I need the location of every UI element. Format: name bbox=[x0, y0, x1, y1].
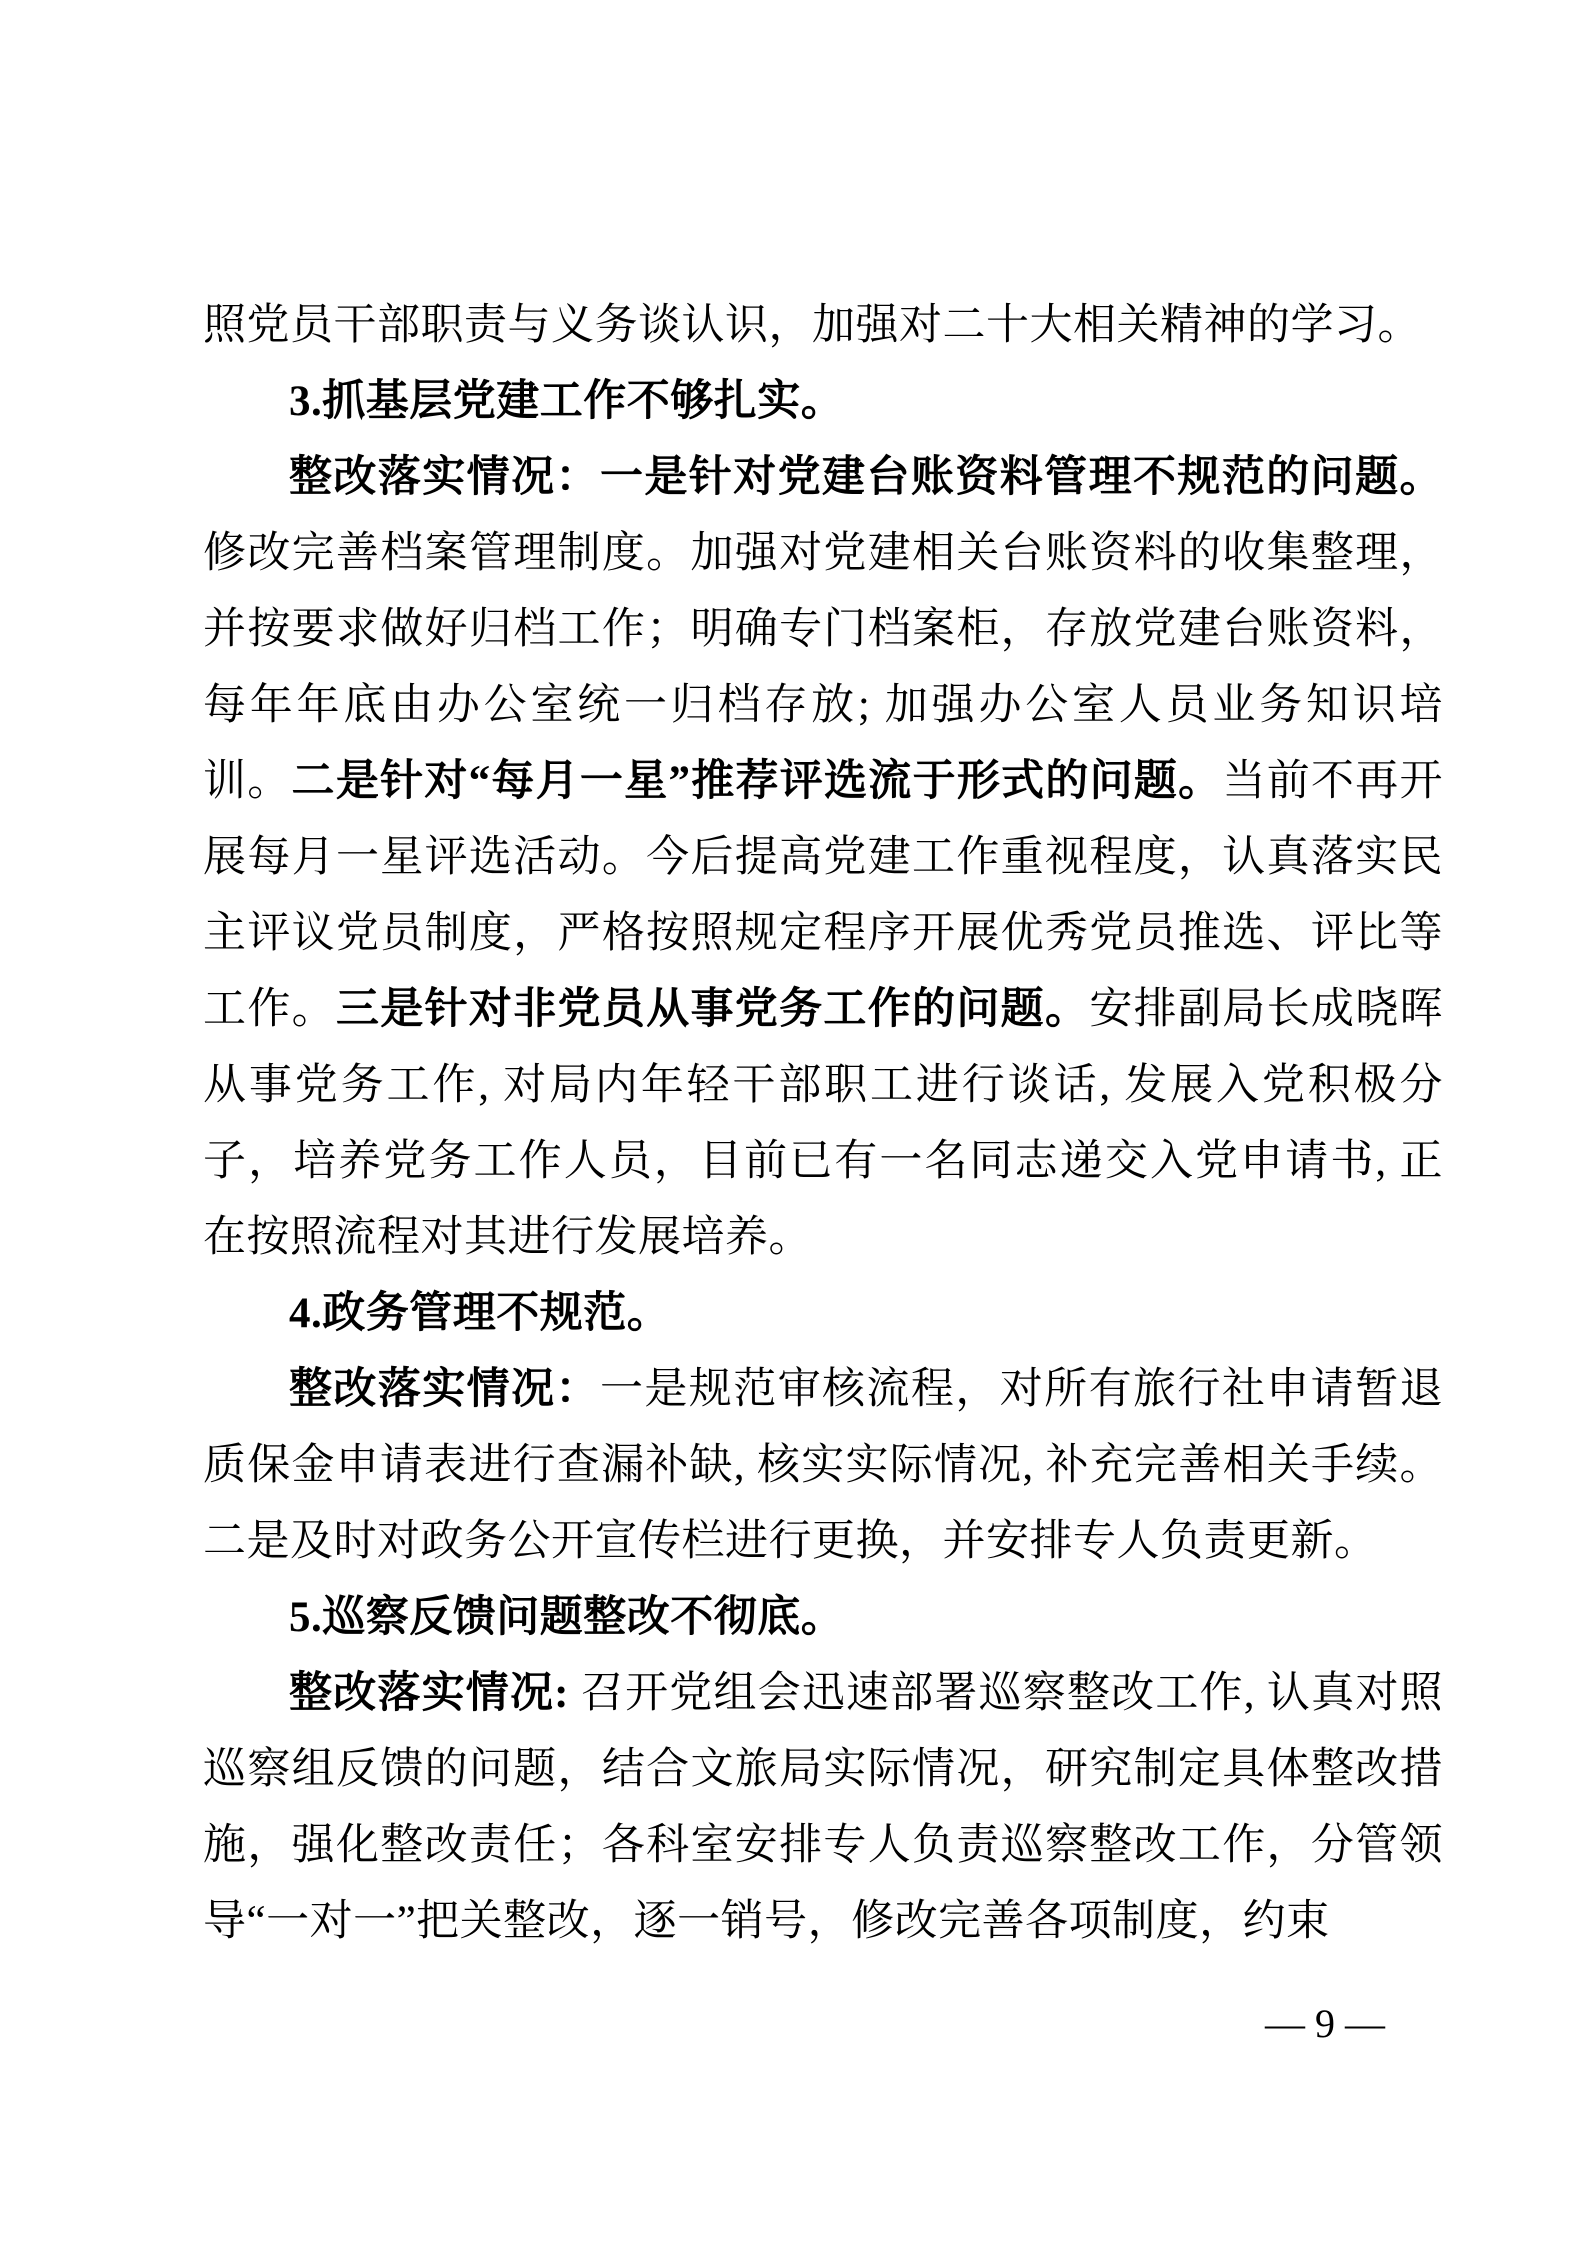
bold-text-segment: 三是针对非党员从事党务工作的问题。 bbox=[336, 986, 1089, 1033]
bold-text-segment: 整改落实情况： bbox=[289, 1366, 600, 1413]
heading-item-4: 4.政务管理不规范。 bbox=[203, 1276, 1443, 1352]
rectification-paragraph-5: 整改落实情况: 召开党组会迅速部署巡察整改工作, 认真对照巡察组反馈的问题，结合… bbox=[203, 1656, 1443, 1960]
bold-text-segment: 3.抓基层党建工作不够扎实。 bbox=[289, 378, 844, 425]
rectification-paragraph-4: 整改落实情况：一是规范审核流程，对所有旅行社申请暂退质保金申请表进行查漏补缺, … bbox=[203, 1352, 1443, 1580]
document-page: 照党员干部职责与义务谈认识，加强对二十大相关精神的学习。3.抓基层党建工作不够扎… bbox=[0, 0, 1587, 2245]
bold-text-segment: 整改落实情况: bbox=[289, 1670, 569, 1717]
text-segment: 照党员干部职责与义务谈认识，加强对二十大相关精神的学习。 bbox=[203, 302, 1421, 349]
document-body: 照党员干部职责与义务谈认识，加强对二十大相关精神的学习。3.抓基层党建工作不够扎… bbox=[203, 288, 1443, 1960]
bold-text-segment: 5.巡察反馈问题整改不彻底。 bbox=[289, 1594, 844, 1641]
page-number: — 9 — bbox=[1265, 1996, 1385, 2052]
heading-item-3: 3.抓基层党建工作不够扎实。 bbox=[203, 364, 1443, 440]
heading-item-5: 5.巡察反馈问题整改不彻底。 bbox=[203, 1580, 1443, 1656]
bold-text-segment: 整改落实情况： bbox=[289, 454, 600, 501]
continuation-paragraph: 照党员干部职责与义务谈认识，加强对二十大相关精神的学习。 bbox=[203, 288, 1443, 364]
bold-text-segment: 4.政务管理不规范。 bbox=[289, 1290, 670, 1337]
rectification-paragraph-3: 整改落实情况：一是针对党建台账资料管理不规范的问题。修改完善档案管理制度。加强对… bbox=[203, 440, 1443, 1276]
bold-text-segment: 一是针对党建台账资料管理不规范的问题。 bbox=[600, 454, 1443, 501]
bold-text-segment: 二是针对“每月一星”推荐评选流于形式的问题。 bbox=[292, 758, 1223, 805]
